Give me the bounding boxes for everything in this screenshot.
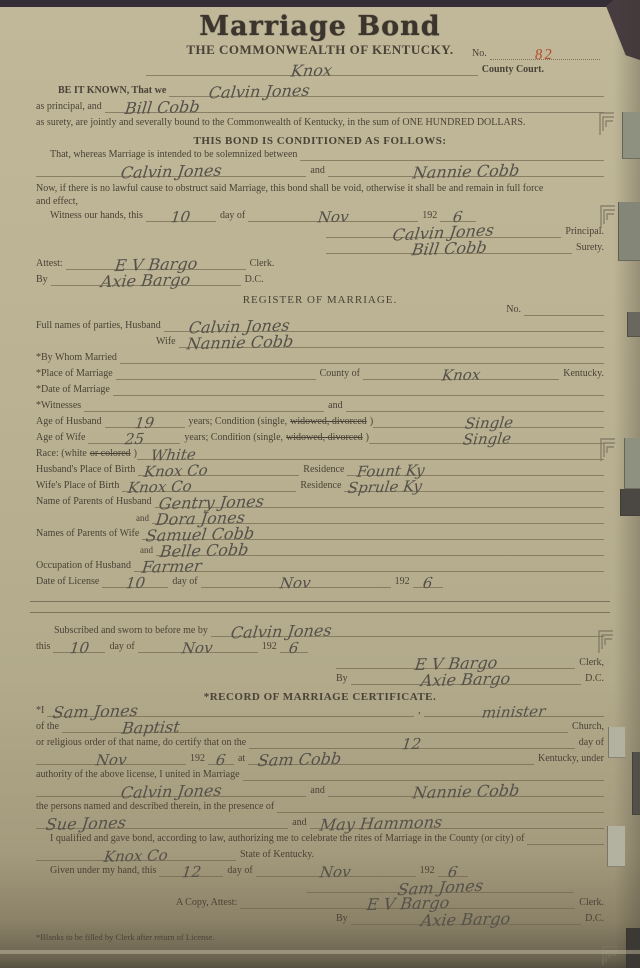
separator-rule-2 — [30, 611, 610, 613]
minister-word-handwriting: minister — [481, 706, 546, 718]
cert-county-handwriting: Knox Co — [103, 850, 168, 862]
register-wife-handwriting: Nannie Cobb — [186, 337, 294, 350]
cert-clerk-signature: E V Bargo — [366, 898, 450, 910]
cert-qualified-label: I qualified and gave bond, according to … — [50, 833, 527, 845]
cert-deputy-signature: Axie Bargo — [421, 914, 512, 926]
cert-day-of-label: day of — [575, 737, 604, 749]
license-year-prefix: 192 — [391, 576, 413, 588]
witnesses-and-label: and — [324, 400, 345, 412]
bond-day-handwriting: 10 — [171, 212, 191, 222]
sworn-day-of-label: day of — [105, 641, 137, 653]
solemnized-label: That, whereas Marriage is intended to be… — [50, 149, 300, 161]
residence-label: Residence — [299, 464, 347, 476]
bond-number-line: No. 82 — [472, 48, 600, 60]
county-court-label: County Court. — [478, 64, 544, 76]
condition-lead-label2: years; Condition (single, — [180, 432, 286, 444]
cert-clerk-label: Clerk. — [575, 897, 604, 909]
fastener-mark-icon — [599, 203, 616, 229]
cert-and-label: and — [306, 785, 327, 797]
be-it-known-label: BE IT KNOWN, That we — [58, 85, 169, 97]
minister-name-handwriting: Sam Jones — [53, 706, 139, 718]
cert-day-handwriting: 12 — [402, 739, 422, 749]
cert-dc-label: D.C. — [581, 913, 604, 925]
sworn-deputy-signature: Axie Bargo — [421, 674, 512, 686]
copy-attest-label: A Copy, Attest: — [176, 897, 240, 909]
clerk-label: Clerk. — [246, 258, 275, 270]
license-year-handwriting: 6 — [422, 578, 433, 588]
date-of-marriage-label: *Date of Marriage — [36, 384, 113, 396]
surety-label: Surety. — [572, 242, 604, 254]
cert-given-month-handwriting: Nov — [320, 867, 352, 878]
place-of-marriage-label: *Place of Marriage — [36, 368, 116, 380]
license-month-handwriting: Nov — [280, 578, 312, 589]
as-principal-label: as principal, and — [36, 101, 105, 113]
parents-and-label2: and — [140, 544, 156, 556]
page-tab — [624, 438, 640, 489]
cert-month-handwriting: Nov — [95, 755, 127, 766]
cert-authority-label: authority of the above license, I united… — [36, 769, 243, 781]
deputy-signature-handwriting: Axie Bargo — [100, 275, 191, 287]
page-tab — [622, 112, 640, 159]
form-title: Marriage Bond — [36, 12, 604, 42]
full-names-label: Full names of parties, Husband — [36, 320, 164, 332]
cert-and-label2: and — [288, 817, 309, 829]
age-husband-handwriting: 19 — [134, 418, 154, 428]
dc-label: D.C. — [241, 274, 264, 286]
parents-and-label: and — [136, 512, 152, 524]
cert-witness2-handwriting: May Hammons — [319, 817, 443, 830]
groom-name-handwriting: Calvin Jones — [120, 166, 222, 179]
page-tab — [626, 928, 640, 968]
cert-groom-handwriting: Calvin Jones — [120, 786, 222, 799]
sworn-year-prefix: 192 — [258, 641, 280, 653]
form-content: Marriage Bond No. 82 THE COMMONWEALTH OF… — [36, 12, 604, 943]
sworn-month-handwriting: Nov — [182, 643, 214, 654]
cert-presence-label: the persons named and described therein,… — [36, 801, 277, 813]
fastener-mark-icon — [597, 628, 614, 654]
wife-birth-label: Wife's Place of Birth — [36, 480, 122, 492]
husband-residence-handwriting: Fount Ky — [357, 465, 426, 477]
cert-state-label: State of Kentucky. — [236, 849, 317, 861]
cert-place-handwriting: Sam Cobb — [258, 754, 343, 766]
fastener-mark-icon — [598, 110, 615, 136]
fastener-mark-icon — [599, 436, 616, 462]
cert-witness1-handwriting: Sue Jones — [45, 818, 126, 830]
cert-kentucky-under-label: Kentucky, under — [534, 753, 604, 765]
race-label: Race: (white — [36, 448, 90, 460]
fastener-mark-icon — [601, 944, 618, 966]
license-label: Date of License — [36, 576, 102, 588]
age-wife-label: Age of Wife — [36, 432, 88, 444]
sworn-clerk-label: Clerk, — [575, 657, 604, 669]
husband-birth-label: Husband's Place of Birth — [36, 464, 138, 476]
year-prefix-label: 192 — [418, 210, 440, 222]
cert-certify-label: or religious order of that name, do cert… — [36, 737, 249, 749]
church-handwriting: Baptist — [121, 722, 180, 734]
condition-lead-label: years; Condition (single, — [185, 416, 291, 428]
sworn-by-label: By — [336, 673, 351, 685]
race-struck-words: or colored — [90, 448, 134, 460]
conditioned-heading: THIS BOND IS CONDITIONED AS FOLLOWS: — [36, 135, 604, 147]
age-husband-label: Age of Husband — [36, 416, 105, 428]
cert-given-label: Given under my hand, this — [50, 865, 159, 877]
church-label: Church, — [568, 721, 604, 733]
cert-given-day-of-label: day of — [223, 865, 255, 877]
photo-background-top — [0, 0, 640, 7]
page-tab — [620, 489, 640, 516]
license-day-of-label: day of — [168, 576, 200, 588]
sworn-lead-label: Subscribed and sworn to before me by — [54, 625, 211, 637]
husband-father-handwriting: Gentry Jones — [158, 497, 264, 510]
age-wife-handwriting: 25 — [124, 434, 144, 444]
surety-clause: as surety, are jointly and severally bou… — [36, 117, 604, 129]
witnesses-label: *Witnesses — [36, 400, 84, 412]
cert-year-prefix: 192 — [186, 753, 208, 765]
cert-at-label: at — [234, 753, 248, 765]
clerk-footnote: *Blanks to be filled by Clerk after retu… — [36, 931, 604, 943]
page-bottom-edge — [0, 950, 640, 954]
bond-year-handwriting: 6 — [453, 212, 464, 222]
license-day-handwriting: 10 — [125, 578, 145, 588]
cert-given-year-prefix: 192 — [416, 865, 438, 877]
residence-label2: Residence — [296, 480, 344, 492]
day-of-label: day of — [216, 210, 248, 222]
scanned-marriage-bond-page: { "colors": {"ink":"#4a4236","script":"#… — [0, 0, 640, 968]
register-no-label: No. — [506, 304, 524, 316]
sworn-clerk-signature: E V Bargo — [414, 658, 498, 670]
page-tab — [607, 826, 625, 867]
by-label: By — [36, 274, 51, 286]
surety-signature-handwriting: Bill Cobb — [411, 243, 487, 256]
void-clause-line1: Now, if there is no lawful cause to obst… — [36, 183, 604, 195]
sworn-dc-label: D.C. — [581, 673, 604, 685]
sworn-this-label: this — [36, 641, 53, 653]
page-tab — [632, 752, 640, 815]
void-clause-line2: and effect, — [36, 196, 604, 208]
separator-rule-1 — [30, 600, 610, 602]
cert-given-year-handwriting: 6 — [447, 867, 458, 877]
occupation-label: Occupation of Husband — [36, 560, 134, 572]
race-handwriting: White — [150, 449, 196, 460]
register-county-handwriting: Knox — [441, 369, 481, 380]
occupation-handwriting: Farmer — [141, 561, 202, 573]
condition-struck-words: widowed, divorced — [290, 416, 370, 428]
sworn-year-handwriting: 6 — [288, 643, 299, 653]
by-whom-married-label: *By Whom Married — [36, 352, 120, 364]
husband-condition-handwriting: Single — [464, 417, 513, 428]
principal-label: Principal. — [561, 226, 604, 238]
cert-of-the-label: of the — [36, 721, 62, 733]
bond-number-label: No. — [472, 48, 490, 60]
surety-name-handwriting: Bill Cobb — [124, 102, 200, 114]
wife-label: Wife — [156, 336, 179, 348]
cert-given-day-handwriting: 12 — [181, 867, 201, 877]
wife-parents-label: Names of Parents of Wife — [36, 528, 142, 540]
bond-month-handwriting: Nov — [317, 212, 349, 223]
sworn-day-handwriting: 10 — [69, 643, 89, 653]
witness-hands-label: Witness our hands, this — [50, 210, 146, 222]
kentucky-label: Kentucky. — [559, 368, 604, 380]
sworn-name-handwriting: Calvin Jones — [230, 626, 332, 639]
county-of-label: County of — [316, 368, 363, 380]
page-tab — [627, 312, 640, 337]
condition-struck-words2: widowed, divorced — [286, 432, 366, 444]
wife-residence-handwriting: Sprule Ky — [348, 481, 423, 493]
husband-parents-label: Name of Parents of Husband — [36, 496, 155, 508]
bride-name-handwriting: Nannie Cobb — [412, 166, 520, 179]
and-label: and — [306, 165, 327, 177]
wife-birth-handwriting: Knox Co — [128, 481, 193, 493]
wife-condition-handwriting: Single — [462, 433, 511, 444]
cert-i-label: *I — [36, 705, 47, 717]
attest-label: Attest: — [36, 258, 66, 270]
wife-mother-handwriting: Belle Cobb — [159, 545, 249, 557]
county-handwriting: Knox — [291, 65, 333, 76]
principal-name-handwriting: Calvin Jones — [209, 86, 311, 99]
page-tab — [608, 727, 625, 758]
husband-birth-handwriting: Knox Co — [144, 465, 209, 477]
cert-by-label: By — [336, 913, 351, 925]
cert-year-handwriting: 6 — [216, 755, 227, 765]
page-tab — [618, 202, 640, 261]
cert-comma-label: , — [414, 705, 424, 717]
cert-bride-handwriting: Nannie Cobb — [412, 786, 520, 799]
bond-number-value: 82 — [535, 50, 555, 60]
